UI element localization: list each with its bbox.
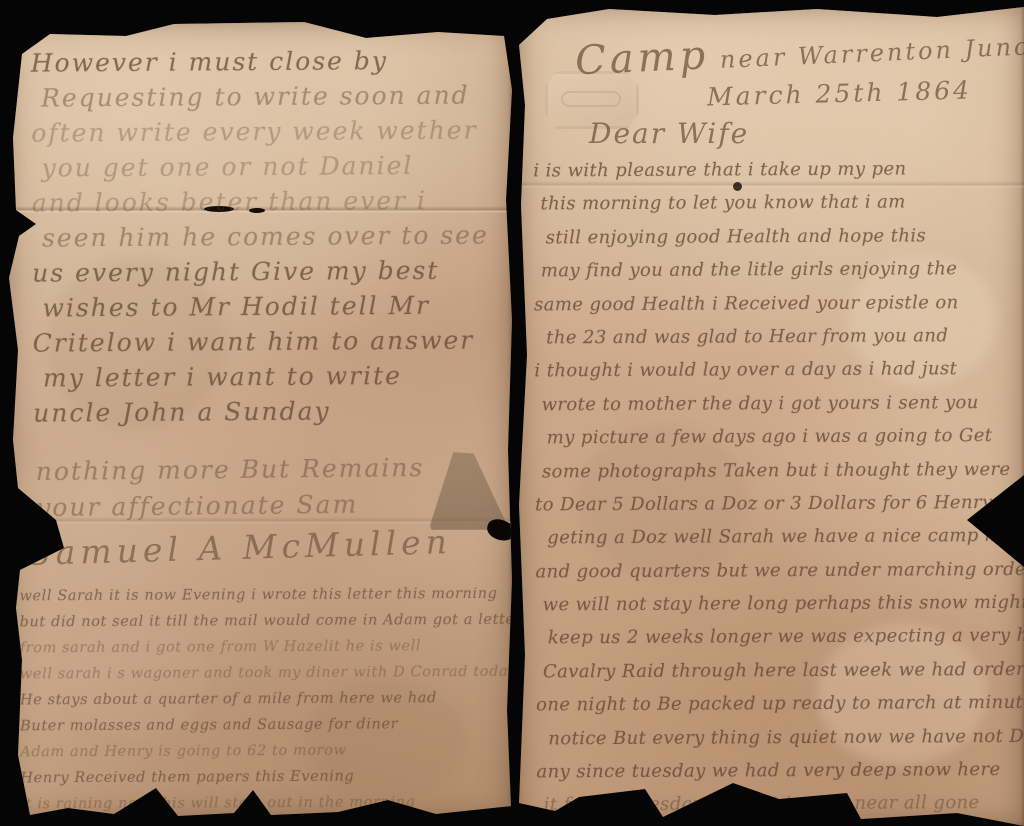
handwriting-line: the 23 and was glad to Hear from you and [546, 319, 1024, 355]
handwriting-line: i thought i would lay over a day as i ha… [534, 352, 1024, 388]
torn-hole [485, 517, 517, 543]
handwriting-line: from sarah and i got one from W Hazelit … [20, 633, 523, 662]
handwriting-line: wishes to Mr Hodil tell Mr [42, 287, 489, 325]
left-page-text-block: However i must close by Requesting to wr… [31, 42, 490, 430]
handwriting-line: and looks beter than ever i [32, 182, 489, 220]
handwriting-line: Cavalry Raid through here last week we h… [543, 652, 1024, 688]
letter-photograph: However i must close by Requesting to wr… [0, 0, 1024, 826]
handwriting-line: it fell on tuesday night it is very near… [544, 786, 1024, 822]
handwriting-line: Buter molasses and eggs and Sausage for … [20, 711, 523, 740]
handwriting-line: nothing more But Remains [36, 450, 425, 490]
heading-camp-word: Camp [574, 32, 710, 84]
handwriting-line: you get one or not Daniel [41, 147, 488, 185]
salutation: Dear Wife [589, 117, 749, 150]
handwriting-line: seen him he comes over to see [42, 217, 489, 255]
handwriting-line: your affectionate Sam [36, 486, 425, 526]
embossed-paper-stamp-detail [561, 91, 621, 107]
handwriting-line: Critelow i want him to answer [33, 322, 490, 360]
handwriting-line: He stays about a quarter of a mile from … [20, 685, 523, 714]
handwriting-line: wrote to mother the day i got yours i se… [541, 385, 1024, 421]
handwriting-line: uncle John a Sunday [33, 392, 490, 430]
handwriting-line: my letter i want to write [43, 357, 490, 395]
handwriting-line: keep us 2 weeks longer we was expecting … [548, 619, 1024, 655]
handwriting-line: and good quarters but we are under march… [535, 552, 1024, 588]
handwriting-line: notice But every thing is quiet now we h… [548, 719, 1024, 755]
handwriting-line: my picture a few days ago i was a going … [547, 419, 1024, 455]
handwriting-line: may find you and the litle girls enjoyin… [541, 252, 1024, 288]
handwriting-line: this morning to let you know that i am [540, 185, 1024, 221]
right-page-text-block: i is with pleasure that i take up my pen… [533, 152, 1024, 823]
postscript-block: well Sarah it is now Evening i wrote thi… [19, 581, 523, 818]
left-page-closing-block: nothing more But Remains your affectiona… [36, 450, 425, 526]
handwriting-line: same good Health i Received your epistle… [534, 285, 1024, 321]
handwriting-line: any since tuesday we had a very deep sno… [536, 753, 1024, 789]
handwriting-line: However i must close by [31, 42, 488, 80]
handwriting-line: but did not seal it till the mail would … [20, 607, 523, 636]
handwriting-line: it is raining now this will start out in… [20, 789, 523, 818]
letter-page-left: However i must close by Requesting to wr… [6, 20, 512, 820]
handwriting-line: still enjoying good Health and hope this [546, 218, 1024, 254]
handwriting-line: Requesting to write soon and [41, 77, 488, 115]
handwriting-line: Henry Received them papers this Evening [20, 763, 523, 792]
handwriting-line: some photographs Taken but i thought the… [542, 452, 1024, 488]
handwriting-line: we will not stay here long perhaps this … [543, 586, 1024, 622]
letter-page-right: Camp near Warrenton Junction March 25th … [517, 5, 1024, 826]
handwriting-line: well Sarah it is now Evening i wrote thi… [19, 581, 522, 610]
handwriting-line: often write every week wether [31, 112, 488, 150]
letter-heading: Camp near Warrenton Junction [574, 16, 1024, 84]
heading-location: near Warrenton Junction [709, 30, 1024, 75]
signature: Samuel A McMullen [28, 522, 453, 573]
handwriting-line: well sarah i s wagoner and took my diner… [20, 659, 523, 688]
handwriting-line: to Dear 5 Dollars a Doz or 3 Dollars for… [535, 485, 1024, 521]
letter-date: March 25th 1864 [707, 76, 973, 112]
handwriting-line: geting a Doz well Sarah we have a nice c… [547, 519, 1024, 555]
handwriting-line: one night to Be packed up ready to march… [536, 686, 1024, 722]
handwriting-line: Adam and Henry is going to 62 to morow [20, 737, 523, 766]
handwriting-line: i is with pleasure that i take up my pen [533, 152, 1024, 188]
handwriting-line: us every night Give my best [32, 252, 489, 290]
